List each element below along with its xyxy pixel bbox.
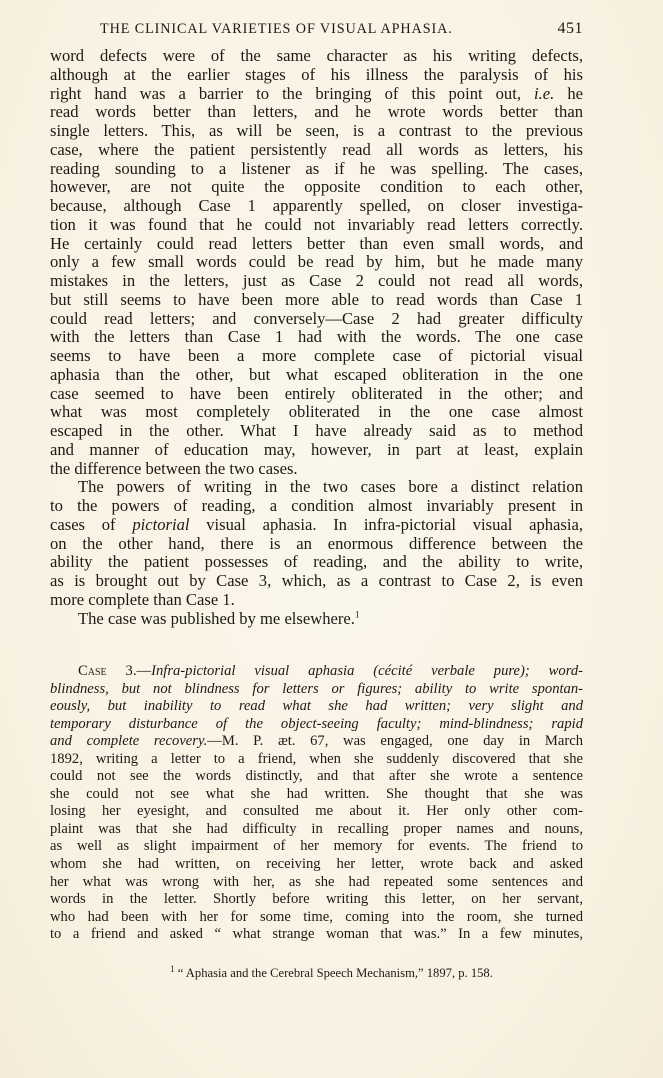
text-line: ability the patient possesses of reading… — [50, 553, 583, 572]
text-line: she could not see what she had written. … — [50, 786, 583, 804]
text-line: however, are not quite the opposite cond… — [50, 178, 583, 197]
paragraph-start-line: The case was published by me elsewhere.1 — [50, 610, 583, 629]
text-line: mistakes in the letters, just as Case 2 … — [50, 272, 583, 291]
text-line: as well as slight impairment of her memo… — [50, 838, 583, 856]
case-summary: and complete recovery. — [50, 733, 207, 749]
text-line: could not see the words distinctly, and … — [50, 768, 583, 786]
text-line: losing her eyesight, and consulted me ab… — [50, 803, 583, 821]
footnote-reference: 1 — [355, 609, 360, 619]
text-line: read words better than letters, and he w… — [50, 103, 583, 122]
text-line: as is brought out by Case 3, which, as a… — [50, 572, 583, 591]
footnote: 1 “ Aphasia and the Cerebral Speech Mech… — [0, 965, 663, 981]
text-run: visual aphasia. In infra-pictorial visua… — [189, 515, 583, 534]
text-line: single letters. This, as will be seen, i… — [50, 122, 583, 141]
text-line: seems to have been a more complete case … — [50, 347, 583, 366]
case-summary: Infra-pictorial visual aphasia (cécité v… — [151, 663, 583, 679]
text-line: and complete recovery.—M. P. æt. 67, was… — [50, 733, 583, 751]
text-line: He certainly could read letters better t… — [50, 235, 583, 254]
body-text: word defects were of the same character … — [50, 47, 583, 628]
text-line: plaint was that she had difficulty in re… — [50, 821, 583, 839]
text-line: case seemed to have been entirely oblite… — [50, 385, 583, 404]
running-head: THE CLINICAL VARIETIES OF VISUAL APHASIA… — [100, 20, 583, 38]
text-line: because, although Case 1 apparently spel… — [50, 197, 583, 216]
text-line: tion it was found that he could not inva… — [50, 216, 583, 235]
italic-abbrev: i.e. — [534, 84, 554, 103]
running-head-title: THE CLINICAL VARIETIES OF VISUAL APHASIA… — [100, 21, 453, 38]
text-line: what was most completely obliterated in … — [50, 403, 583, 422]
text-line: reading sounding to a listener as if he … — [50, 160, 583, 179]
case-heading-line: Case 3.—Infra-pictorial visual aphasia (… — [50, 663, 583, 681]
book-page: THE CLINICAL VARIETIES OF VISUAL APHASIA… — [0, 0, 663, 1078]
case-summary: temporary disturbance of the object-seei… — [50, 716, 583, 732]
text-line: could read letters; and conversely—Case … — [50, 310, 583, 329]
text-line: whom she had written, on receiving her l… — [50, 856, 583, 874]
case-label: Case 3. — [78, 663, 137, 679]
footnote-marker: 1 — [170, 964, 175, 974]
text-line: who had been with her for some time, com… — [50, 909, 583, 927]
text-line: more complete than Case 1. — [50, 591, 583, 610]
case-summary: eously, but inability to read what she h… — [50, 698, 583, 714]
text-line: cases of pictorial visual aphasia. In in… — [50, 516, 583, 535]
text-line: and manner of education may, however, in… — [50, 441, 583, 460]
text-run: cases of — [50, 515, 132, 534]
text-line: only a few small words could be read by … — [50, 253, 583, 272]
text-line: to the powers of reading, a condition al… — [50, 497, 583, 516]
text-line: although at the earlier stages of his il… — [50, 66, 583, 85]
text-line: right hand was a barrier to the bringing… — [50, 85, 583, 104]
text-line: her what was wrong with her, as she had … — [50, 874, 583, 892]
text-line: to a friend and asked “ what strange wom… — [50, 926, 583, 944]
text-run: right hand was a barrier to the bringing… — [50, 84, 534, 103]
paragraph-start-line: The powers of writing in the two cases b… — [50, 478, 583, 497]
text-line: the difference between the two cases. — [50, 460, 583, 479]
text-line: temporary disturbance of the object-seei… — [50, 716, 583, 734]
text-line: word defects were of the same character … — [50, 47, 583, 66]
text-run: —M. P. æt. 67, was engaged, one day in M… — [207, 733, 583, 749]
text-line: with the letters than Case 1 had with th… — [50, 328, 583, 347]
text-line: 1892, writing a letter to a friend, when… — [50, 751, 583, 769]
case-summary: blindness, but not blindness for letters… — [50, 681, 583, 697]
text-line: eously, but inability to read what she h… — [50, 698, 583, 716]
page-number: 451 — [558, 20, 584, 38]
text-line: but still seems to have been more able t… — [50, 291, 583, 310]
text-run: he — [554, 84, 583, 103]
text-line: blindness, but not blindness for letters… — [50, 681, 583, 699]
text-run: The case was published by me elsewhere. — [78, 609, 355, 628]
case-report: Case 3.—Infra-pictorial visual aphasia (… — [50, 663, 583, 944]
text-line: escaped in the other. What I have alread… — [50, 422, 583, 441]
text-line: aphasia than the other, but what escaped… — [50, 366, 583, 385]
em-dash: — — [137, 663, 152, 679]
text-line: case, where the patient persistently rea… — [50, 141, 583, 160]
italic-term: pictorial — [132, 515, 189, 534]
text-line: on the other hand, there is an enormous … — [50, 535, 583, 554]
text-line: words in the letter. Shortly before writ… — [50, 891, 583, 909]
footnote-text: “ Aphasia and the Cerebral Speech Mechan… — [178, 966, 493, 980]
